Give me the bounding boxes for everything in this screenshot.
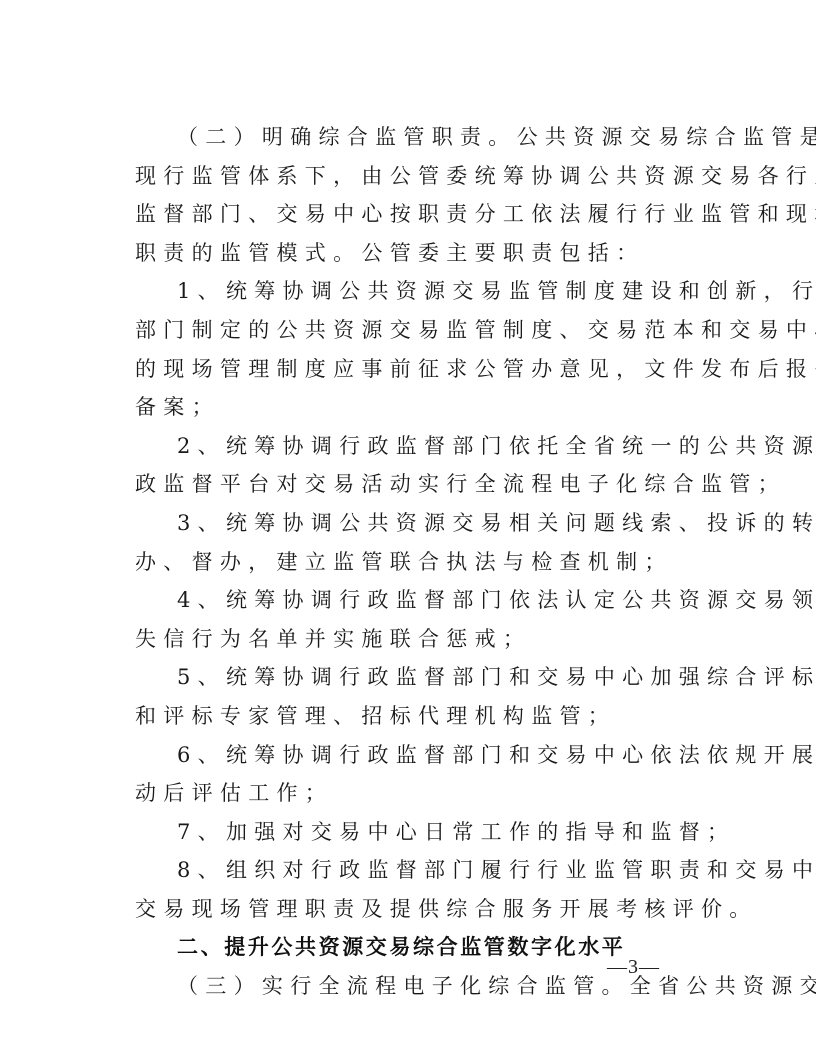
text-line: 备案； — [135, 388, 683, 427]
page-number: —3— — [607, 956, 660, 979]
list-item-1: 1、统筹协调公共资源交易监管制度建设和创新，行政监督 部门制定的公共资源交易监管… — [135, 272, 683, 426]
text-line: 动后评估工作； — [135, 774, 683, 813]
text-line: 职责的监管模式。公管委主要职责包括： — [135, 234, 683, 273]
text-line: 2、统筹协调行政监督部门依托全省统一的公共资源交易行 — [135, 427, 683, 466]
paragraph-section-2-intro: （二）明确综合监管职责。公共资源交易综合监管是指在 现行监管体系下，由公管委统筹… — [135, 118, 683, 272]
text-line: （二）明确综合监管职责。公共资源交易综合监管是指在 — [135, 118, 683, 157]
text-line: 交易现场管理职责及提供综合服务开展考核评价。 — [135, 890, 683, 929]
text-line: 和评标专家管理、招标代理机构监管； — [135, 697, 683, 736]
list-item-3: 3、统筹协调公共资源交易相关问题线索、投诉的转办、交 办、督办，建立监管联合执法… — [135, 504, 683, 581]
text-line: 1、统筹协调公共资源交易监管制度建设和创新，行政监督 — [135, 272, 683, 311]
list-item-2: 2、统筹协调行政监督部门依托全省统一的公共资源交易行 政监督平台对交易活动实行全… — [135, 427, 683, 504]
text-line: 部门制定的公共资源交易监管制度、交易范本和交易中心制定 — [135, 311, 683, 350]
text-line: 监督部门、交易中心按职责分工依法履行行业监管和现场管理 — [135, 195, 683, 234]
text-line: 7、加强对交易中心日常工作的指导和监督； — [135, 813, 683, 852]
text-line: 4、统筹协调行政监督部门依法认定公共资源交易领域严重 — [135, 581, 683, 620]
section-heading: 二、提升公共资源交易综合监管数字化水平 — [135, 928, 683, 967]
text-line: 5、统筹协调行政监督部门和交易中心加强综合评标专家库 — [135, 658, 683, 697]
text-line: 的现场管理制度应事前征求公管办意见，文件发布后报公管办 — [135, 350, 683, 389]
text-line: 失信行为名单并实施联合惩戒； — [135, 620, 683, 659]
text-line: 办、督办，建立监管联合执法与检查机制； — [135, 543, 683, 582]
document-page: （二）明确综合监管职责。公共资源交易综合监管是指在 现行监管体系下，由公管委统筹… — [135, 118, 683, 1006]
text-line: 现行监管体系下，由公管委统筹协调公共资源交易各行业行政 — [135, 157, 683, 196]
text-line: 8、组织对行政监督部门履行行业监管职责和交易中心履行 — [135, 851, 683, 890]
text-line: 3、统筹协调公共资源交易相关问题线索、投诉的转办、交 — [135, 504, 683, 543]
list-item-7: 7、加强对交易中心日常工作的指导和监督； — [135, 813, 683, 852]
subsection-3-start: （三）实行全流程电子化综合监管。全省公共资源交易依 — [135, 967, 683, 1006]
list-item-4: 4、统筹协调行政监督部门依法认定公共资源交易领域严重 失信行为名单并实施联合惩戒… — [135, 581, 683, 658]
list-item-5: 5、统筹协调行政监督部门和交易中心加强综合评标专家库 和评标专家管理、招标代理机… — [135, 658, 683, 735]
list-item-8: 8、组织对行政监督部门履行行业监管职责和交易中心履行 交易现场管理职责及提供综合… — [135, 851, 683, 928]
text-line: 政监督平台对交易活动实行全流程电子化综合监管； — [135, 465, 683, 504]
text-line: 6、统筹协调行政监督部门和交易中心依法依规开展交易活 — [135, 736, 683, 775]
list-item-6: 6、统筹协调行政监督部门和交易中心依法依规开展交易活 动后评估工作； — [135, 736, 683, 813]
